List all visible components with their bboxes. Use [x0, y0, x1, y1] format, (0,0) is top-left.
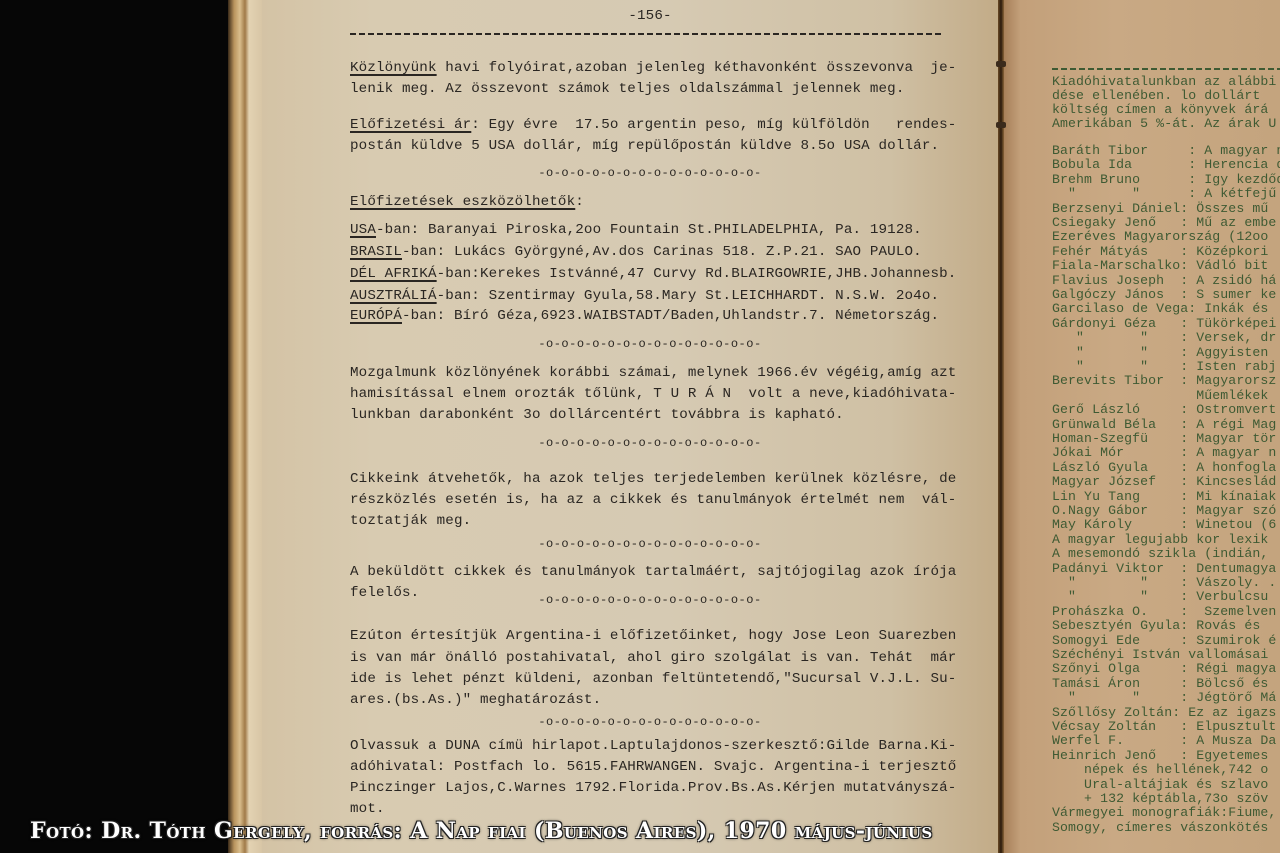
catalog-entry: " " : Verbulcsu: [1052, 589, 1268, 604]
catalog-entry: Berzsenyi Dániel: Összes mű: [1052, 201, 1268, 216]
catalog-entry: A mesemondó szikla (indián,: [1052, 546, 1268, 561]
paragraph-line: Cikkeink átvehetők, ha azok teljes terje…: [350, 471, 956, 487]
term-underlined: Előfizetési ár: [350, 117, 471, 133]
separator: -o-o-o-o-o-o-o-o-o-o-o-o-o-o-: [350, 337, 950, 351]
catalog-entry: Galgóczy János : S sumer ke: [1052, 287, 1276, 302]
intro-line: Amerikában 5 %-át. Az árak U: [1052, 116, 1276, 131]
paragraph-line: Mozgalmunk közlönyének korábbi számai, m…: [350, 365, 956, 381]
catalog-entry: Baráth Tibor : A magyar n: [1052, 143, 1280, 158]
paragraph-line: Ezúton értesítjük Argentina-i előfizetői…: [350, 628, 956, 644]
address-line: BRASIL-ban: Lukács Györgyné,Av.dos Carin…: [350, 244, 922, 260]
section-heading: Előfizetések eszközölhetők:: [350, 194, 584, 210]
catalog-entry: Lin Yu Tang : Mi kínaiak: [1052, 489, 1276, 504]
catalog-entry: Magyar József : Kincseslád: [1052, 474, 1276, 489]
separator: -o-o-o-o-o-o-o-o-o-o-o-o-o-o-: [350, 537, 950, 551]
staple-icon: [996, 122, 1006, 128]
stacked-page-edges: [228, 0, 262, 853]
catalog-entry: Szőllősy Zoltán: Ez az igazs: [1052, 705, 1276, 720]
paragraph-line: toztatják meg.: [350, 513, 471, 529]
intro-line: dése ellenében. lo dollárt: [1052, 88, 1260, 103]
catalog-entry: + 132 képtábla,73o szöv: [1052, 791, 1268, 806]
country: AUSZTRÁLIÁ: [350, 288, 437, 304]
dashed-rule: [1052, 68, 1280, 70]
address: -ban: Lukács Györgyné,Av.dos Carinas 518…: [402, 244, 922, 260]
catalog-entry: Sebesztyén Gyula: Rovás és: [1052, 618, 1260, 633]
catalog-entry: Tamási Áron : Bölcső és: [1052, 676, 1268, 691]
paragraph-line: Pinczinger Lajos,C.Warnes 1792.Florida.P…: [350, 780, 956, 796]
address-line: USA-ban: Baranyai Piroska,2oo Fountain S…: [350, 222, 922, 238]
catalog-entry: May Károly : Winetou (6: [1052, 517, 1276, 532]
catalog-entry: Flavius Joseph : A zsidó há: [1052, 273, 1276, 288]
country: USA: [350, 222, 376, 238]
catalog-entry: Gárdonyi Géza : Tükörképei: [1052, 316, 1276, 331]
catalog-entry: Heinrich Jenő : Egyetemes: [1052, 748, 1268, 763]
catalog-entry: Jókai Mór : A magyar n: [1052, 445, 1276, 460]
address: -ban: Bíró Géza,6923.WAIBSTADT/Baden,Uhl…: [402, 308, 939, 324]
heading-text: Előfizetések eszközölhetők: [350, 194, 575, 210]
text: : Egy évre 17.5o argentin peso, míg külf…: [471, 117, 956, 133]
separator: -o-o-o-o-o-o-o-o-o-o-o-o-o-o-: [350, 166, 950, 180]
catalog-entry: Ural-altájiak és szlavo: [1052, 777, 1268, 792]
catalog-entry: Műemlékek: [1052, 388, 1268, 403]
catalog-entry: " " : A kétfejű: [1052, 186, 1276, 201]
dark-background: [0, 0, 232, 853]
staple-icon: [996, 61, 1006, 67]
paragraph-line: lunkban darabonként 3o dollárcentért tov…: [350, 407, 844, 423]
paragraph-line: adóhivatal: Postfach lo. 5615.FAHRWANGEN…: [350, 759, 956, 775]
catalog-entry: Berevits Tibor : Magyarorsz: [1052, 373, 1276, 388]
paragraph-line: hamisítással elnem orozták tőlünk, T U R…: [350, 386, 956, 402]
paragraph-line: mot.: [350, 801, 385, 817]
catalog-entry: Garcilaso de Vega: Inkák és: [1052, 301, 1268, 316]
catalog-entry: Prohászka O. : Szemelven: [1052, 604, 1276, 619]
paragraph-line: Olvassuk a DUNA címü hirlapot.Laptulajdo…: [350, 738, 956, 754]
catalog-entry: Bobula Ida : Herencia d: [1052, 157, 1280, 172]
paragraph-line: Előfizetési ár: Egy évre 17.5o argentin …: [350, 117, 956, 133]
catalog-entry: Grünwald Béla : A régi Mag: [1052, 417, 1276, 432]
catalog-entry: Werfel F. : A Musza Da: [1052, 733, 1276, 748]
address: -ban:Kerekes Istvánné,47 Curvy Rd.BLAIRG…: [437, 266, 957, 282]
paragraph-line: ide is lehet pénzt küldeni, azonban felt…: [350, 671, 956, 687]
paragraph-line: Közlönyünk havi folyóirat,azoban jelenle…: [350, 60, 956, 76]
catalog-entry: " " : Aggyisten: [1052, 345, 1268, 360]
catalog-entry: Brehm Bruno : Igy kezdőd: [1052, 172, 1280, 187]
term-underlined: Közlönyünk: [350, 60, 437, 76]
catalog-entry: László Gyula : A honfogla: [1052, 460, 1276, 475]
page-number: -156-: [350, 8, 950, 24]
address: -ban: Baranyai Piroska,2oo Fountain St.P…: [376, 222, 922, 238]
catalog-entry: Csiegaky Jenő : Mű az embe: [1052, 215, 1276, 230]
catalog-entry: Vármegyei monografiák:Fiume,: [1052, 805, 1276, 820]
paragraph-line: is van már önálló postahivatal, ahol gir…: [350, 650, 956, 666]
country: DÉL AFRIKÁ: [350, 266, 437, 282]
separator: -o-o-o-o-o-o-o-o-o-o-o-o-o-o-: [350, 593, 950, 607]
dashed-rule: [350, 33, 942, 35]
catalog-entry: " " : Isten rabj: [1052, 359, 1276, 374]
catalog-entry: Széchényi István vallomásai: [1052, 647, 1268, 662]
paragraph-line: postán küldve 5 USA dollár, míg repülőpo…: [350, 138, 939, 154]
separator: -o-o-o-o-o-o-o-o-o-o-o-o-o-o-: [350, 436, 950, 450]
catalog-entry: Ezeréves Magyarország (12oo: [1052, 229, 1268, 244]
catalog-entry: Homan-Szegfü : Magyar tör: [1052, 431, 1276, 446]
catalog-entry: Gerő László : Ostromvert: [1052, 402, 1276, 417]
address: -ban: Szentirmay Gyula,58.Mary St.LEICHH…: [437, 288, 940, 304]
catalog-entry: Fehér Mátyás : Középkori: [1052, 244, 1268, 259]
catalog-entry: " " : Vászoly. .: [1052, 575, 1276, 590]
address-line: DÉL AFRIKÁ-ban:Kerekes Istvánné,47 Curvy…: [350, 266, 956, 282]
catalog-entry: Somogyi Ede : Szumirok é: [1052, 633, 1276, 648]
catalog-entry: Somogy, címeres vászonkötés: [1052, 820, 1268, 835]
catalog-entry: A magyar legujabb kor lexik: [1052, 532, 1268, 547]
text: :: [575, 194, 584, 210]
catalog-entry: népek és hellének,742 o: [1052, 762, 1268, 777]
country: BRASIL: [350, 244, 402, 260]
catalog-entry: Szőnyi Olga : Régi magya: [1052, 661, 1276, 676]
paragraph-line: részközlés esetén is, ha az a cikkek és …: [350, 492, 956, 508]
paragraph-line: ares.(bs.As.)" meghatározást.: [350, 692, 601, 708]
separator: -o-o-o-o-o-o-o-o-o-o-o-o-o-o-: [350, 715, 950, 729]
text: havi folyóirat,azoban jelenleg kéthavonk…: [437, 60, 957, 76]
intro-line: Kiadóhivatalunkban az alábbi: [1052, 74, 1276, 89]
catalog-entry: " " : Jégtörő Má: [1052, 690, 1276, 705]
catalog-entry: " " : Versek, dr: [1052, 330, 1276, 345]
photo-credit-caption: Fotó: Dr. Tóth Gergely, forrás: A Nap fi…: [30, 818, 933, 844]
address-line: AUSZTRÁLIÁ-ban: Szentirmay Gyula,58.Mary…: [350, 288, 939, 304]
country: EURÓPÁ: [350, 308, 402, 324]
catalog-entry: O.Nagy Gábor : Magyar szó: [1052, 503, 1276, 518]
catalog-entry: Padányi Viktor : Dentumagya: [1052, 561, 1276, 576]
paragraph-line: lenik meg. Az összevont számok teljes ol…: [350, 81, 905, 97]
intro-line: költség címen a könyvek árá: [1052, 102, 1268, 117]
catalog-entry: Fiala-Marschalko: Vádló bit: [1052, 258, 1268, 273]
address-line: EURÓPÁ-ban: Bíró Géza,6923.WAIBSTADT/Bad…: [350, 308, 939, 324]
catalog-entry: Vécsay Zoltán : Elpusztult: [1052, 719, 1276, 734]
paragraph-line: A beküldött cikkek és tanulmányok tartal…: [350, 564, 956, 580]
